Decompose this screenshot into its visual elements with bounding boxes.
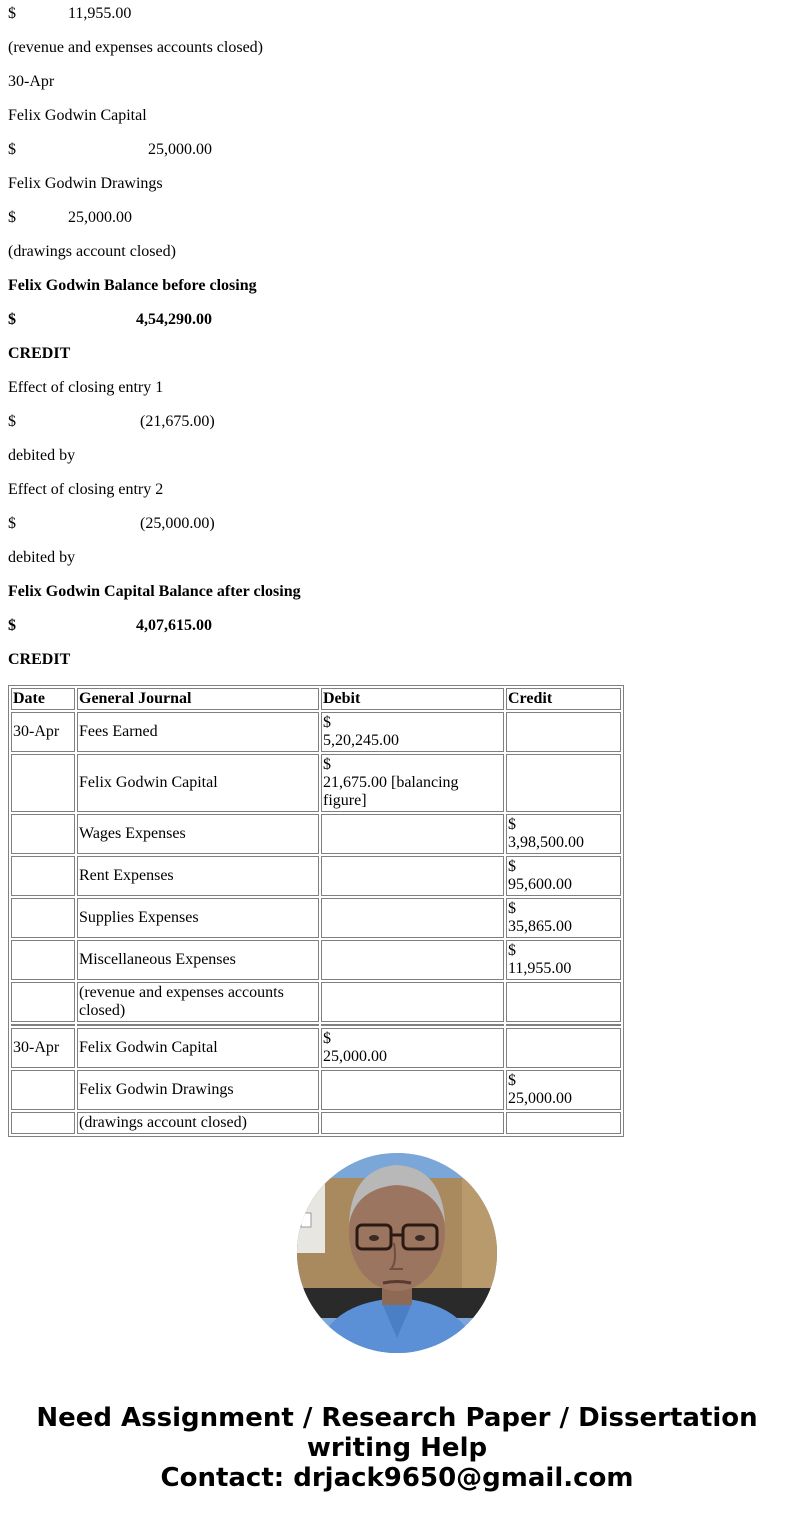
credit-amount: 25,000.00 <box>508 1090 619 1108</box>
preamble-text-line: (drawings account closed) <box>8 243 176 261</box>
general-journal-table: Date General Journal Debit Credit 30-Apr… <box>8 685 624 1137</box>
amount-value: 11,955.00 <box>68 5 131 23</box>
currency-symbol: $ <box>508 900 619 918</box>
credit-cell: $3,98,500.00 <box>506 814 621 854</box>
currency-symbol: $ <box>323 756 502 774</box>
debit-cell <box>321 856 504 896</box>
preamble-text-line: Effect of closing entry 1 <box>8 379 163 397</box>
account-cell: Felix Godwin Capital <box>77 754 319 812</box>
table-spacer-row <box>11 1024 621 1026</box>
preamble-text-line: Felix Godwin Capital Balance after closi… <box>8 583 301 601</box>
table-row: Felix Godwin Drawings$25,000.00 <box>11 1070 621 1110</box>
account-cell: (drawings account closed) <box>77 1112 319 1134</box>
credit-cell <box>506 1112 621 1134</box>
account-cell: Miscellaneous Expenses <box>77 940 319 980</box>
table-row: (drawings account closed) <box>11 1112 621 1134</box>
table-row: 30-AprFelix Godwin Capital$25,000.00 <box>11 1028 621 1068</box>
date-cell <box>11 1070 75 1110</box>
credit-cell <box>506 1028 621 1068</box>
table-row: Wages Expenses$3,98,500.00 <box>11 814 621 854</box>
debit-cell <box>321 940 504 980</box>
footer-contact-line: Contact: drjack9650@gmail.com <box>0 1463 794 1493</box>
table-row: Miscellaneous Expenses$11,955.00 <box>11 940 621 980</box>
preamble-text-line: CREDIT <box>8 651 70 669</box>
credit-cell: $25,000.00 <box>506 1070 621 1110</box>
preamble-text-line: Felix Godwin Drawings <box>8 175 163 193</box>
preamble-amount-line: $11,955.00 <box>8 5 308 23</box>
table-row: Felix Godwin Capital$21,675.00 [balancin… <box>11 754 621 812</box>
debit-cell <box>321 898 504 938</box>
preamble-text-line: debited by <box>8 447 75 465</box>
debit-cell <box>321 982 504 1022</box>
amount-value: 4,54,290.00 <box>136 311 212 329</box>
footer-contact-banner: Need Assignment / Research Paper / Disse… <box>0 1403 794 1493</box>
debit-cell <box>321 1112 504 1134</box>
debit-cell <box>321 1070 504 1110</box>
person-photo-avatar-icon <box>297 1153 497 1353</box>
header-date: Date <box>11 688 75 710</box>
date-cell <box>11 754 75 812</box>
account-cell: Fees Earned <box>77 712 319 752</box>
spacer-cell <box>11 1024 75 1026</box>
preamble-amount-line: $4,54,290.00 <box>8 311 308 329</box>
preamble-text-line: Effect of closing entry 2 <box>8 481 163 499</box>
header-debit: Debit <box>321 688 504 710</box>
credit-amount: 11,955.00 <box>508 960 619 978</box>
debit-amount: 5,20,245.00 <box>323 732 502 750</box>
currency-symbol: $ <box>8 141 16 159</box>
preamble-amount-line: $4,07,615.00 <box>8 617 308 635</box>
amount-value: 4,07,615.00 <box>136 617 212 635</box>
debit-cell: $21,675.00 [balancing figure] <box>321 754 504 812</box>
preamble-text-line: CREDIT <box>8 345 70 363</box>
currency-symbol: $ <box>323 1030 502 1048</box>
currency-symbol: $ <box>8 617 16 635</box>
amount-value: 25,000.00 <box>148 141 212 159</box>
account-cell: Wages Expenses <box>77 814 319 854</box>
preamble-amount-line: $(25,000.00) <box>8 515 308 533</box>
credit-amount: 95,600.00 <box>508 876 619 894</box>
preamble-text-line: debited by <box>8 549 75 567</box>
currency-symbol: $ <box>323 714 502 732</box>
currency-symbol: $ <box>508 1072 619 1090</box>
account-cell: Supplies Expenses <box>77 898 319 938</box>
amount-value: 25,000.00 <box>68 209 132 227</box>
date-cell <box>11 982 75 1022</box>
preamble-amount-line: $25,000.00 <box>8 209 308 227</box>
currency-symbol: $ <box>8 209 16 227</box>
credit-cell <box>506 754 621 812</box>
debit-cell: $5,20,245.00 <box>321 712 504 752</box>
date-cell <box>11 1112 75 1134</box>
credit-amount: 3,98,500.00 <box>508 834 619 852</box>
currency-symbol: $ <box>8 413 16 431</box>
credit-amount: 35,865.00 <box>508 918 619 936</box>
debit-cell <box>321 814 504 854</box>
preamble-text-line: Felix Godwin Balance before closing <box>8 277 257 295</box>
account-cell: Felix Godwin Capital <box>77 1028 319 1068</box>
credit-cell <box>506 712 621 752</box>
currency-symbol: $ <box>8 515 16 533</box>
date-cell: 30-Apr <box>11 712 75 752</box>
currency-symbol: $ <box>508 858 619 876</box>
spacer-cell <box>77 1024 319 1026</box>
account-cell: (revenue and expenses accounts closed) <box>77 982 319 1022</box>
credit-cell <box>506 982 621 1022</box>
preamble-text-line: 30-Apr <box>8 73 54 91</box>
currency-symbol: $ <box>508 942 619 960</box>
preamble-amount-line: $25,000.00 <box>8 141 308 159</box>
debit-amount: 21,675.00 [balancing figure] <box>323 774 502 810</box>
date-cell <box>11 898 75 938</box>
header-general-journal: General Journal <box>77 688 319 710</box>
currency-symbol: $ <box>508 816 619 834</box>
author-avatar <box>297 1153 497 1353</box>
preamble-text-line: Felix Godwin Capital <box>8 107 147 125</box>
credit-cell: $11,955.00 <box>506 940 621 980</box>
footer-line-1: Need Assignment / Research Paper / Disse… <box>0 1403 794 1433</box>
currency-symbol: $ <box>8 5 16 23</box>
credit-cell: $95,600.00 <box>506 856 621 896</box>
amount-value: (21,675.00) <box>140 413 215 431</box>
table-row: 30-AprFees Earned$5,20,245.00 <box>11 712 621 752</box>
footer-line-2: writing Help <box>0 1433 794 1463</box>
header-credit: Credit <box>506 688 621 710</box>
account-cell: Felix Godwin Drawings <box>77 1070 319 1110</box>
spacer-cell <box>506 1024 621 1026</box>
table-row: Supplies Expenses$35,865.00 <box>11 898 621 938</box>
preamble-text-line: (revenue and expenses accounts closed) <box>8 39 263 57</box>
date-cell <box>11 814 75 854</box>
table-header-row: Date General Journal Debit Credit <box>11 688 621 710</box>
debit-cell: $25,000.00 <box>321 1028 504 1068</box>
amount-value: (25,000.00) <box>140 515 215 533</box>
table-row: Rent Expenses$95,600.00 <box>11 856 621 896</box>
account-cell: Rent Expenses <box>77 856 319 896</box>
table-row: (revenue and expenses accounts closed) <box>11 982 621 1022</box>
debit-amount: 25,000.00 <box>323 1048 502 1066</box>
date-cell <box>11 940 75 980</box>
date-cell <box>11 856 75 896</box>
currency-symbol: $ <box>8 311 16 329</box>
spacer-cell <box>321 1024 504 1026</box>
date-cell: 30-Apr <box>11 1028 75 1068</box>
credit-cell: $35,865.00 <box>506 898 621 938</box>
preamble-amount-line: $(21,675.00) <box>8 413 308 431</box>
